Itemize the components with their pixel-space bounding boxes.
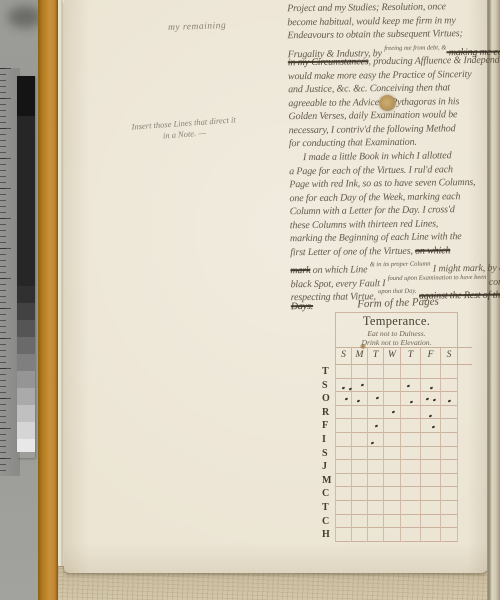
virtue-row: H <box>322 528 472 542</box>
virtue-cell <box>440 365 458 379</box>
virtue-cell <box>351 447 367 461</box>
virtue-cell <box>420 487 440 501</box>
virtue-letter: R <box>322 406 335 420</box>
fault-mark-dot <box>433 399 437 402</box>
day-header-cell: S <box>335 348 351 364</box>
virtue-row: R <box>322 406 472 420</box>
virtue-cell <box>383 419 400 433</box>
virtue-cell <box>383 501 400 515</box>
virtue-cell <box>367 487 383 501</box>
virtue-cell <box>440 406 458 420</box>
virtue-cell <box>351 392 367 406</box>
virtue-chart-grid: TSORFISJMCTCH <box>322 365 472 542</box>
virtue-cell <box>420 460 440 474</box>
virtue-cell <box>440 379 458 393</box>
virtue-cell <box>367 447 383 461</box>
virtue-row: C <box>322 515 472 529</box>
virtue-row: F <box>322 419 472 433</box>
virtue-cell <box>351 365 367 379</box>
virtue-cell <box>383 528 400 542</box>
day-header-cell: T <box>367 348 383 364</box>
fault-mark-dot <box>410 401 414 404</box>
virtue-cell <box>400 474 420 488</box>
virtue-cell <box>400 501 420 515</box>
virtue-cell <box>420 474 440 488</box>
virtue-row: S <box>322 379 472 393</box>
virtue-cell <box>400 487 420 501</box>
virtue-cell <box>440 419 458 433</box>
virtue-cell <box>383 460 400 474</box>
wedge-step <box>17 337 35 354</box>
fault-mark-dot <box>391 410 395 413</box>
virtue-cell <box>335 447 351 461</box>
fault-mark-dot <box>376 397 380 400</box>
virtue-chart: Temperance. Eat not to Dulness. Drink no… <box>322 312 472 542</box>
wedge-step <box>17 303 35 320</box>
wedge-step <box>17 116 35 286</box>
manuscript-line: Page with red Ink, so as to have seven C… <box>289 176 491 192</box>
fault-mark-dot <box>345 398 349 401</box>
virtue-cell <box>351 515 367 529</box>
virtue-cell <box>383 474 400 488</box>
virtue-cell <box>367 406 383 420</box>
virtue-cell <box>351 419 367 433</box>
virtue-letter: J <box>322 460 335 474</box>
virtue-cell <box>335 379 351 393</box>
fault-mark-dot <box>430 386 434 389</box>
virtue-cell <box>400 515 420 529</box>
virtue-cell <box>367 433 383 447</box>
virtue-cell <box>420 419 440 433</box>
virtue-cell <box>383 392 400 406</box>
virtue-chart-motto-line1: Eat not to Dulness. <box>336 329 457 338</box>
fault-mark-dot <box>407 384 411 387</box>
virtue-cell <box>400 379 420 393</box>
virtue-cell <box>335 474 351 488</box>
fault-mark-dot <box>375 425 379 428</box>
virtue-row: I <box>322 433 472 447</box>
virtue-cell <box>335 419 351 433</box>
virtue-cell <box>351 433 367 447</box>
virtue-cell <box>440 433 458 447</box>
virtue-chart-motto-line2: Drink not to Elevation. <box>336 338 457 347</box>
virtue-cell <box>383 433 400 447</box>
virtue-cell <box>351 474 367 488</box>
virtue-row: O <box>322 392 472 406</box>
grayscale-step-wedge <box>17 76 35 458</box>
virtue-cell <box>383 365 400 379</box>
virtue-cell <box>420 515 440 529</box>
virtue-cell <box>335 460 351 474</box>
virtue-cell <box>420 433 440 447</box>
virtue-row: C <box>322 487 472 501</box>
virtue-cell <box>383 487 400 501</box>
virtue-letter: F <box>322 419 335 433</box>
virtue-cell <box>335 487 351 501</box>
virtue-letter: C <box>322 487 335 501</box>
virtue-letter: S <box>322 379 335 393</box>
fault-mark-dot <box>342 386 346 389</box>
virtue-chart-title-box: Temperance. Eat not to Dulness. Drink no… <box>335 312 458 347</box>
virtue-cell <box>335 406 351 420</box>
virtue-cell <box>400 419 420 433</box>
day-header-cell: S <box>440 348 458 364</box>
virtue-cell <box>367 515 383 529</box>
virtue-cell <box>335 515 351 529</box>
book-cover-edge <box>38 0 58 600</box>
virtue-cell <box>383 406 400 420</box>
virtue-cell <box>400 406 420 420</box>
virtue-letter: S <box>322 447 335 461</box>
virtue-cell <box>383 447 400 461</box>
manuscript-line: would make more easy the Practice of Sin… <box>288 68 490 84</box>
virtue-cell <box>367 392 383 406</box>
virtue-row: T <box>322 501 472 515</box>
virtue-cell <box>420 392 440 406</box>
virtue-letter: O <box>322 392 335 406</box>
wedge-step <box>17 320 35 337</box>
wedge-step <box>17 371 35 388</box>
virtue-cell <box>440 487 458 501</box>
virtue-row: T <box>322 365 472 379</box>
ink-stain <box>379 95 396 111</box>
fault-mark-dot <box>371 441 375 444</box>
virtue-cell <box>367 474 383 488</box>
virtue-cell <box>400 528 420 542</box>
day-header-cell: W <box>383 348 400 364</box>
virtue-cell <box>420 406 440 420</box>
virtue-cell <box>400 392 420 406</box>
fault-mark-dot <box>357 400 361 403</box>
virtue-cell <box>440 515 458 529</box>
virtue-cell <box>440 447 458 461</box>
virtue-cell <box>420 365 440 379</box>
fault-mark-dot <box>448 400 452 403</box>
virtue-cell <box>420 501 440 515</box>
virtue-cell <box>351 501 367 515</box>
virtue-chart-day-header: SMTWTFS <box>335 347 472 365</box>
day-header-cell: M <box>351 348 367 364</box>
virtue-cell <box>420 379 440 393</box>
virtue-cell <box>351 528 367 542</box>
virtue-cell <box>440 474 458 488</box>
virtue-cell <box>335 528 351 542</box>
wedge-step <box>17 388 35 405</box>
virtue-cell <box>400 433 420 447</box>
virtue-letter: H <box>322 528 335 542</box>
virtue-cell <box>367 419 383 433</box>
virtue-cell <box>367 528 383 542</box>
virtue-cell <box>440 501 458 515</box>
virtue-cell <box>400 365 420 379</box>
virtue-cell <box>367 460 383 474</box>
virtue-cell <box>335 433 351 447</box>
wedge-step <box>17 286 35 303</box>
virtue-cell <box>440 528 458 542</box>
wedge-step <box>17 422 35 439</box>
day-header-cell: F <box>420 348 440 364</box>
wedge-step <box>17 354 35 371</box>
virtue-cell <box>335 365 351 379</box>
virtue-cell <box>351 487 367 501</box>
fault-mark-dot <box>429 414 433 417</box>
virtue-cell <box>351 406 367 420</box>
wedge-step <box>17 439 35 452</box>
virtue-letter: M <box>322 474 335 488</box>
wedge-step <box>17 76 35 116</box>
virtue-cell <box>440 460 458 474</box>
virtue-cell <box>351 379 367 393</box>
manuscript-text: Project and my Studies; Resolution, once… <box>287 0 493 314</box>
virtue-cell <box>400 460 420 474</box>
virtue-row: S <box>322 447 472 461</box>
virtue-cell <box>420 447 440 461</box>
virtue-cell <box>400 447 420 461</box>
virtue-cell <box>383 379 400 393</box>
virtue-letter: C <box>322 515 335 529</box>
virtue-letter: T <box>322 365 335 379</box>
virtue-cell <box>351 460 367 474</box>
virtue-chart-title: Temperance. <box>336 314 457 329</box>
virtue-letter: T <box>322 501 335 515</box>
virtue-cell <box>367 501 383 515</box>
day-header-cell: T <box>400 348 420 364</box>
wedge-step <box>17 405 35 422</box>
virtue-letter: I <box>322 433 335 447</box>
virtue-cell <box>383 515 400 529</box>
pencil-annotation-remaining: my remaining <box>168 21 226 33</box>
virtue-row: J <box>322 460 472 474</box>
background-smudge <box>8 6 42 28</box>
fault-mark-dot <box>361 383 365 386</box>
virtue-cell <box>335 392 351 406</box>
virtue-row: M <box>322 474 472 488</box>
virtue-cell <box>367 379 383 393</box>
virtue-cell <box>440 392 458 406</box>
virtue-cell <box>420 528 440 542</box>
fault-mark-dot <box>432 426 436 429</box>
photo-stage: my remaining Insert those Lines that dir… <box>0 0 500 600</box>
virtue-cell <box>367 365 383 379</box>
fault-mark-dot <box>426 398 430 401</box>
virtue-cell <box>335 501 351 515</box>
